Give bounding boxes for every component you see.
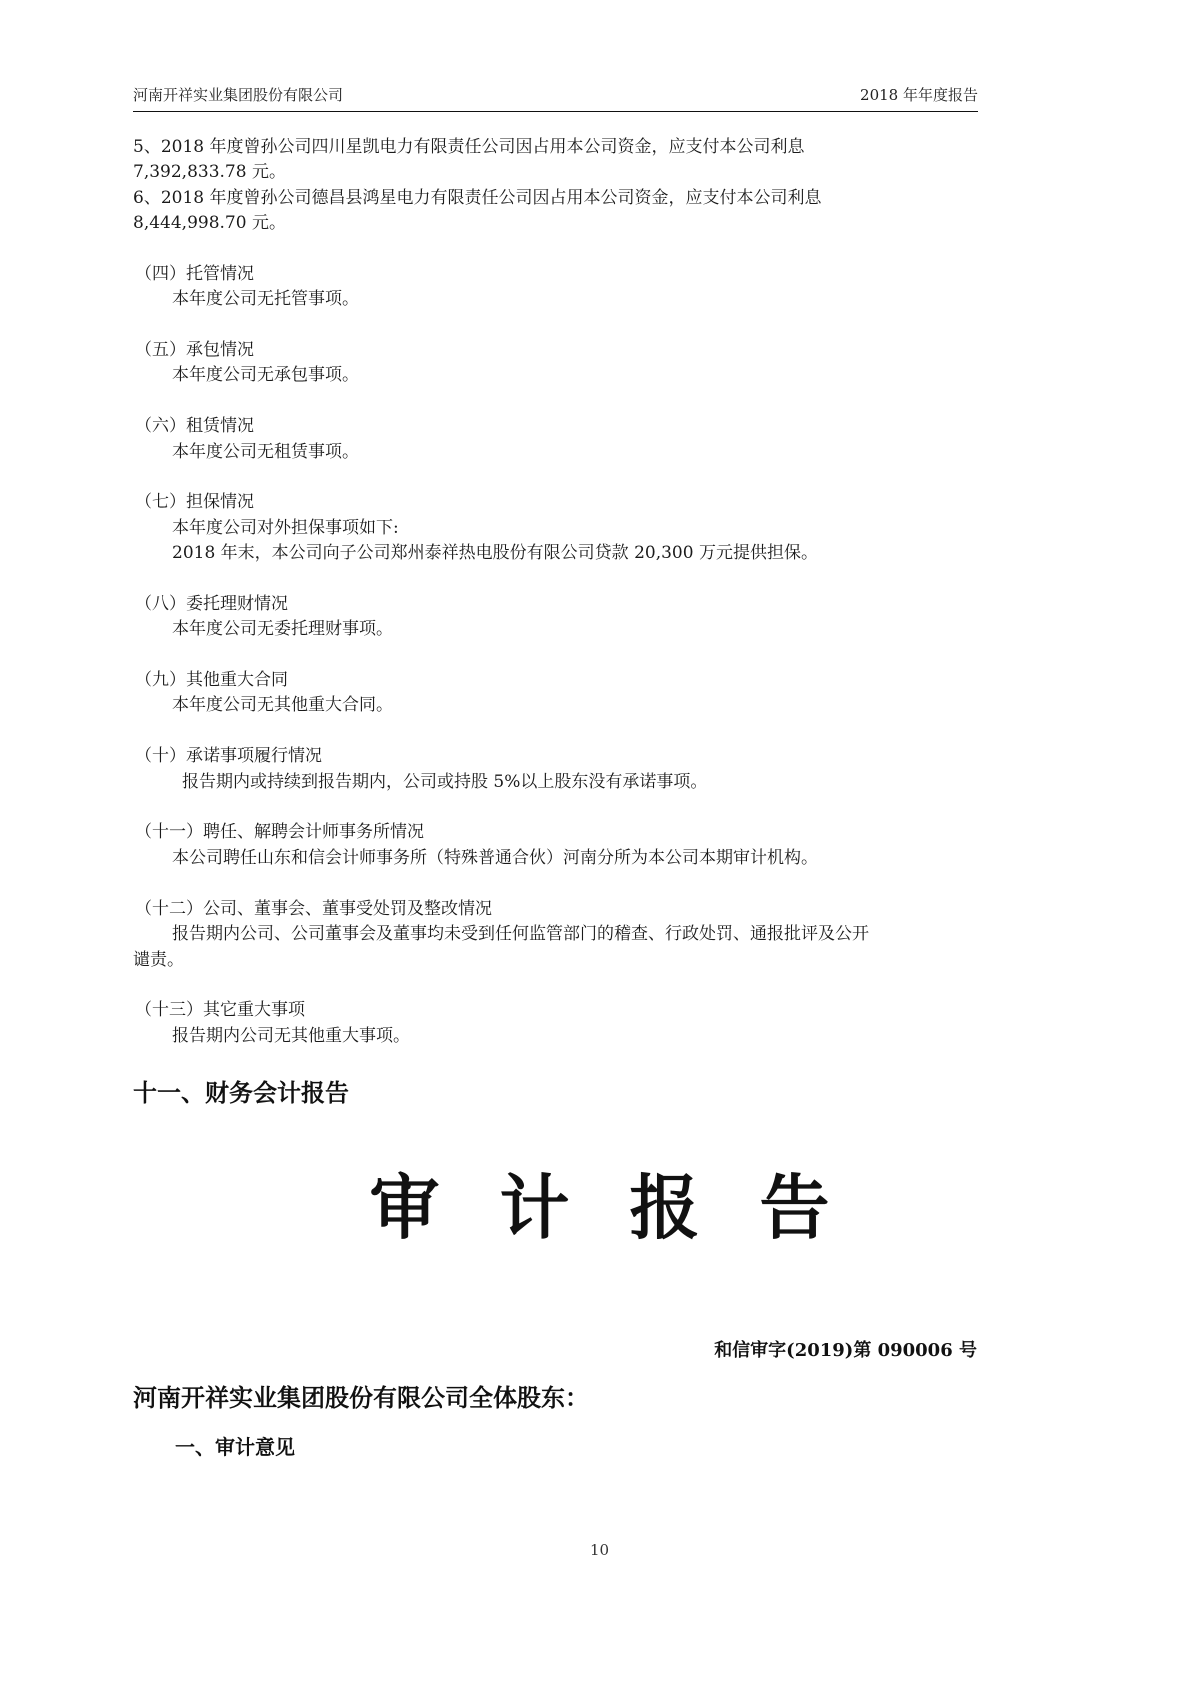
- section-body: 报告期内公司无其他重大事项。: [172, 1024, 410, 1048]
- section-heading-contracting: （五）承包情况: [135, 338, 254, 362]
- interest-item-5-line1: 5、2018 年度曾孙公司四川星凯电力有限责任公司因占用本公司资金，应支付本公司…: [133, 135, 804, 159]
- section-heading-major-contracts: （九）其他重大合同: [135, 668, 288, 692]
- section-body: 本年度公司无租赁事项。: [172, 440, 359, 464]
- section-body-continued: 谴责。: [133, 948, 184, 972]
- section-heading-commitments: （十）承诺事项履行情况: [135, 744, 322, 768]
- section-heading-entrustment: （四）托管情况: [135, 262, 254, 286]
- section-body: 本公司聘任山东和信会计师事务所（特殊普通合伙）河南分所为本公司本期审计机构。: [172, 846, 818, 870]
- section-heading-guarantee: （七）担保情况: [135, 490, 254, 514]
- section-body: 本年度公司对外担保事项如下:: [172, 516, 399, 540]
- section-body: 2018 年末，本公司向子公司郑州泰祥热电股份有限公司贷款 20,300 万元提…: [172, 541, 818, 565]
- section-heading-other-matters: （十三）其它重大事项: [135, 998, 305, 1022]
- section-body: 报告期内或持续到报告期内，公司或持股 5%以上股东没有承诺事项。: [182, 770, 707, 794]
- section-body: 本年度公司无承包事项。: [172, 363, 359, 387]
- document-page: 河南开祥实业集团股份有限公司 2018 年年度报告 5、2018 年度曾孙公司四…: [0, 0, 1199, 1696]
- page-header: 河南开祥实业集团股份有限公司 2018 年年度报告: [133, 84, 978, 106]
- header-report-title: 2018 年年度报告: [860, 84, 978, 105]
- page-number: 10: [0, 1541, 1199, 1559]
- interest-item-6-line2: 8,444,998.70 元。: [133, 211, 286, 235]
- section-heading-leasing: （六）租赁情况: [135, 414, 254, 438]
- audit-report-title: 审计报告: [0, 1152, 1199, 1253]
- section-heading-auditor-engagement: （十一）聘任、解聘会计师事务所情况: [135, 820, 424, 844]
- section-body: 本年度公司无委托理财事项。: [172, 617, 393, 641]
- header-company: 河南开祥实业集团股份有限公司: [133, 84, 343, 105]
- section-body: 报告期内公司、公司董事会及董事均未受到任何监管部门的稽查、行政处罚、通报批评及公…: [172, 922, 869, 946]
- section-heading-penalties: （十二）公司、董事会、董事受处罚及整改情况: [135, 897, 492, 921]
- interest-item-6-line1: 6、2018 年度曾孙公司德昌县鸿星电力有限责任公司因占用本公司资金，应支付本公…: [133, 186, 821, 210]
- addressee: 河南开祥实业集团股份有限公司全体股东：: [133, 1378, 589, 1413]
- interest-item-5-line2: 7,392,833.78 元。: [133, 160, 286, 184]
- section-body: 本年度公司无托管事项。: [172, 287, 359, 311]
- chapter-heading: 十一、财务会计报告: [133, 1073, 349, 1108]
- report-number: 和信审字(2019)第 090006 号: [714, 1336, 977, 1362]
- audit-opinion-heading: 一、审计意见: [175, 1431, 295, 1460]
- section-body: 本年度公司无其他重大合同。: [172, 693, 393, 717]
- header-divider: [133, 111, 978, 112]
- section-heading-wealth-management: （八）委托理财情况: [135, 592, 288, 616]
